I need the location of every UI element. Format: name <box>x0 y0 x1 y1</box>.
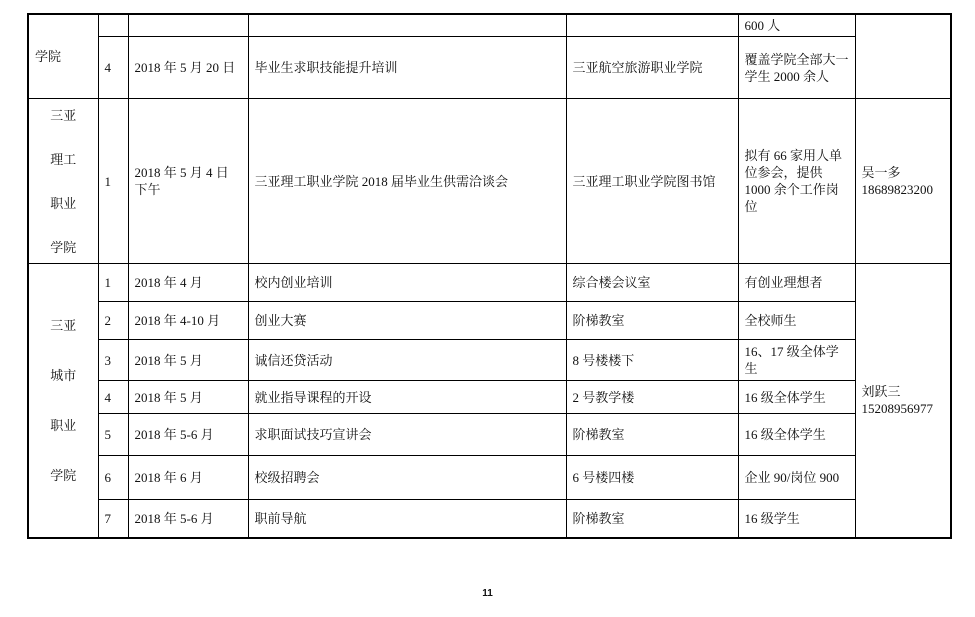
college-line: 理工 <box>50 151 76 168</box>
cell-no: 2 <box>98 302 128 340</box>
table-row: 7 2018 年 5-6 月 职前导航 阶梯教室 16 级学生 <box>28 500 951 538</box>
cell-college: 三亚 理工 职业 学院 <box>28 99 98 264</box>
cell-location: 阶梯教室 <box>566 414 738 456</box>
cell-no: 1 <box>98 99 128 264</box>
cell-scale: 600 人 <box>738 14 855 37</box>
cell-location: 三亚理工职业学院图书馆 <box>566 99 738 264</box>
cell-scale: 16 级全体学生 <box>738 381 855 414</box>
cell-no <box>98 14 128 37</box>
cell-scale: 16、17 级全体学生 <box>738 340 855 381</box>
cell-date: 2018 年 4 月 <box>128 264 248 302</box>
cell-location: 综合楼会议室 <box>566 264 738 302</box>
cell-event: 诚信还贷活动 <box>248 340 566 381</box>
cell-event: 校级招聘会 <box>248 456 566 500</box>
cell-date: 2018 年 5 月 20 日 <box>128 37 248 99</box>
cell-location: 8 号楼楼下 <box>566 340 738 381</box>
cell-event: 创业大赛 <box>248 302 566 340</box>
cell-no: 4 <box>98 37 128 99</box>
page-number: 11 <box>0 588 975 599</box>
table-row: 3 2018 年 5 月 诚信还贷活动 8 号楼楼下 16、17 级全体学生 <box>28 340 951 381</box>
contact-name: 刘跃三 <box>862 383 945 400</box>
cell-scale: 全校师生 <box>738 302 855 340</box>
cell-no: 7 <box>98 500 128 538</box>
college-line: 职业 <box>50 195 76 212</box>
cell-scale: 有创业理想者 <box>738 264 855 302</box>
college-name: 三亚 城市 职业 学院 <box>35 317 92 484</box>
table-row: 三亚 城市 职业 学院 1 2018 年 4 月 校内创业培训 综合楼会议室 有… <box>28 264 951 302</box>
cell-scale: 企业 90/岗位 900 <box>738 456 855 500</box>
cell-contact: 刘跃三 15208956977 <box>855 264 951 538</box>
cell-location: 三亚航空旅游职业学院 <box>566 37 738 99</box>
college-line: 职业 <box>50 417 76 434</box>
cell-location: 阶梯教室 <box>566 302 738 340</box>
table-row: 三亚 理工 职业 学院 1 2018 年 5 月 4 日下午 三亚理工职业学院 … <box>28 99 951 264</box>
cell-college: 三亚 城市 职业 学院 <box>28 264 98 538</box>
cell-location <box>566 14 738 37</box>
college-line: 城市 <box>50 367 76 384</box>
cell-contact: 吴一多 18689823200 <box>855 99 951 264</box>
cell-event <box>248 14 566 37</box>
cell-date: 2018 年 5 月 <box>128 340 248 381</box>
table-row: 4 2018 年 5 月 20 日 毕业生求职技能提升培训 三亚航空旅游职业学院… <box>28 37 951 99</box>
cell-scale: 覆盖学院全部大一学生 2000 余人 <box>738 37 855 99</box>
cell-date: 2018 年 5 月 <box>128 381 248 414</box>
table-row: 学院 600 人 <box>28 14 951 37</box>
cell-scale: 拟有 66 家用人单位参会，提供 1000 余个工作岗位 <box>738 99 855 264</box>
cell-event: 就业指导课程的开设 <box>248 381 566 414</box>
cell-date: 2018 年 5-6 月 <box>128 414 248 456</box>
cell-no: 3 <box>98 340 128 381</box>
cell-scale: 16 级学生 <box>738 500 855 538</box>
cell-location: 2 号教学楼 <box>566 381 738 414</box>
schedule-table: 学院 600 人 4 2018 年 5 月 20 日 毕业生求职技能提升培训 三… <box>27 13 952 539</box>
document-page: 学院 600 人 4 2018 年 5 月 20 日 毕业生求职技能提升培训 三… <box>0 0 975 617</box>
cell-location: 阶梯教室 <box>566 500 738 538</box>
cell-contact <box>855 14 951 99</box>
cell-date <box>128 14 248 37</box>
cell-location: 6 号楼四楼 <box>566 456 738 500</box>
table-row: 4 2018 年 5 月 就业指导课程的开设 2 号教学楼 16 级全体学生 <box>28 381 951 414</box>
contact-phone: 18689823200 <box>862 181 945 198</box>
cell-no: 5 <box>98 414 128 456</box>
table-row: 2 2018 年 4-10 月 创业大赛 阶梯教室 全校师生 <box>28 302 951 340</box>
cell-scale: 16 级全体学生 <box>738 414 855 456</box>
cell-no: 1 <box>98 264 128 302</box>
cell-date: 2018 年 6 月 <box>128 456 248 500</box>
contact-name: 吴一多 <box>862 164 945 181</box>
cell-no: 4 <box>98 381 128 414</box>
cell-event: 职前导航 <box>248 500 566 538</box>
cell-no: 6 <box>98 456 128 500</box>
table-row: 6 2018 年 6 月 校级招聘会 6 号楼四楼 企业 90/岗位 900 <box>28 456 951 500</box>
cell-date: 2018 年 5 月 4 日下午 <box>128 99 248 264</box>
college-line: 三亚 <box>50 107 76 124</box>
cell-date: 2018 年 4-10 月 <box>128 302 248 340</box>
college-name: 三亚 理工 职业 学院 <box>35 107 92 256</box>
cell-event: 毕业生求职技能提升培训 <box>248 37 566 99</box>
cell-date: 2018 年 5-6 月 <box>128 500 248 538</box>
college-line: 三亚 <box>50 317 76 334</box>
table-row: 5 2018 年 5-6 月 求职面试技巧宣讲会 阶梯教室 16 级全体学生 <box>28 414 951 456</box>
cell-college: 学院 <box>28 14 98 99</box>
cell-event: 校内创业培训 <box>248 264 566 302</box>
college-line: 学院 <box>50 467 76 484</box>
cell-event: 三亚理工职业学院 2018 届毕业生供需洽谈会 <box>248 99 566 264</box>
contact-phone: 15208956977 <box>862 400 945 417</box>
college-line: 学院 <box>35 49 61 64</box>
cell-event: 求职面试技巧宣讲会 <box>248 414 566 456</box>
college-line: 学院 <box>50 239 76 256</box>
